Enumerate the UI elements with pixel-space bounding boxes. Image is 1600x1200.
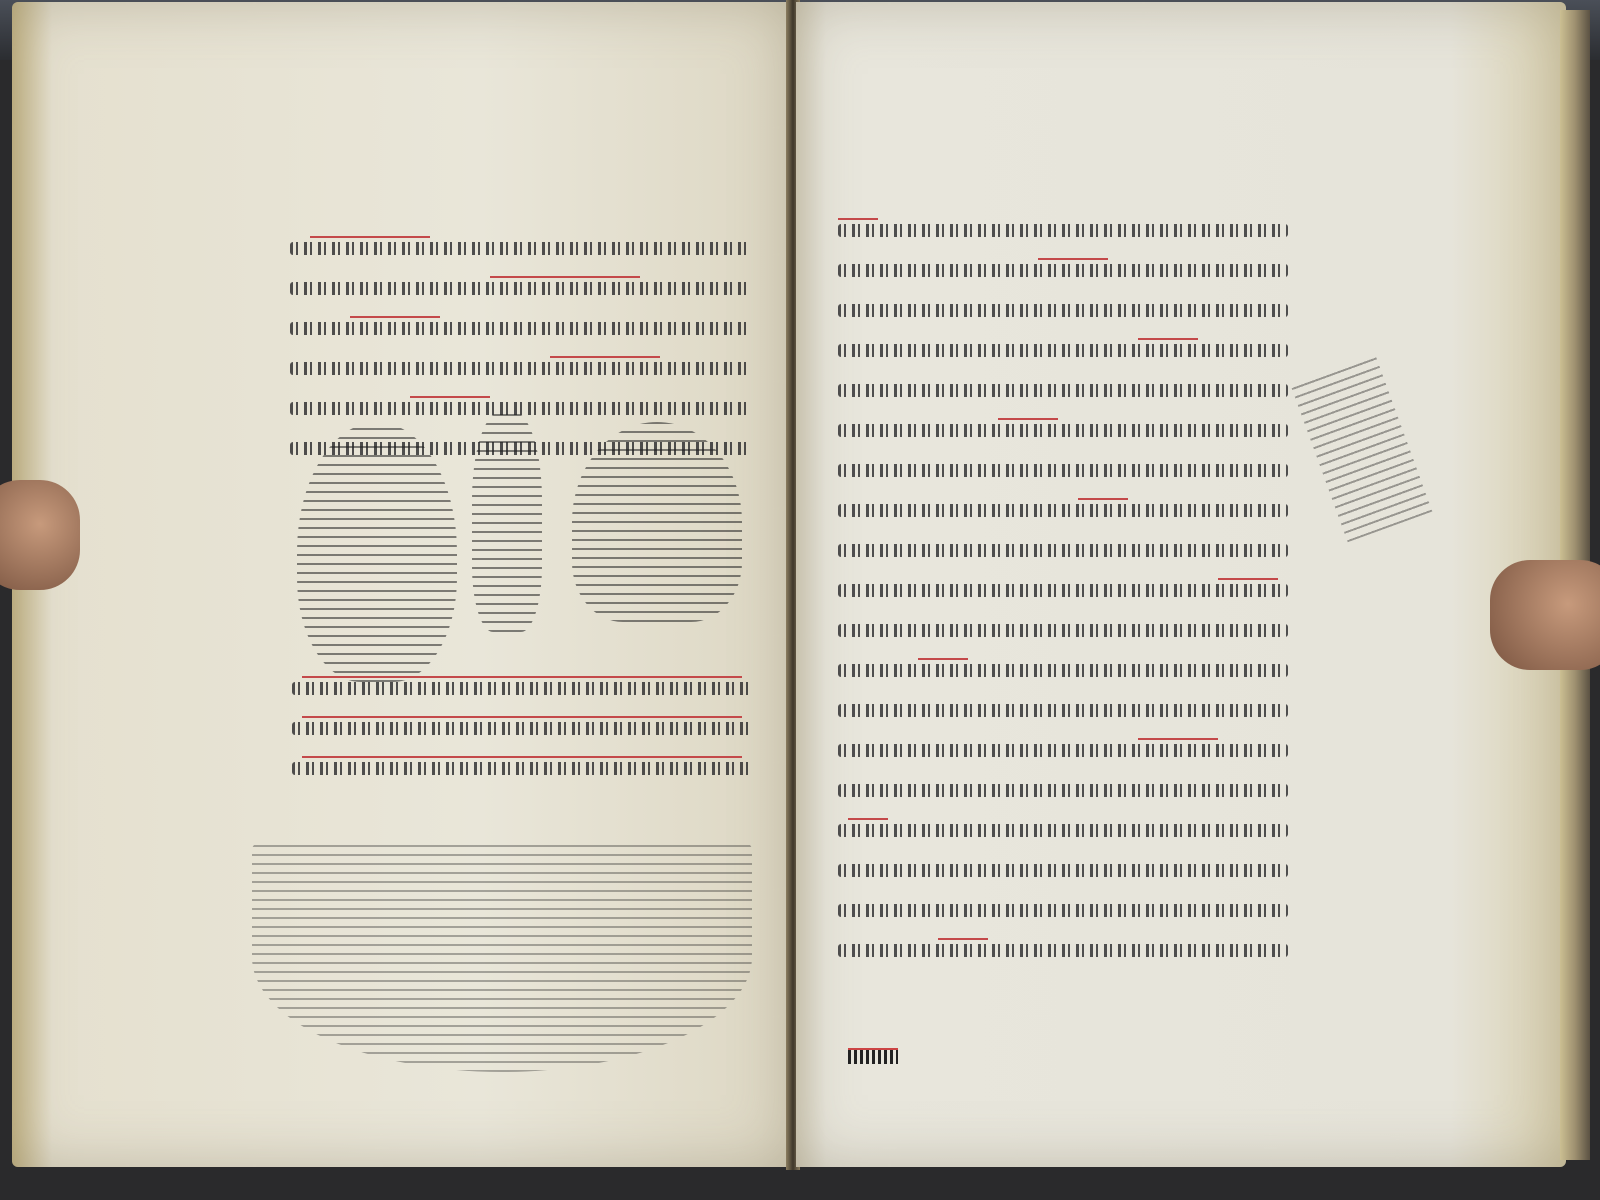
- left-page: [12, 2, 792, 1167]
- right-body: [838, 224, 1288, 984]
- left-thumb: [0, 480, 80, 590]
- marginal-notes: [252, 842, 752, 1072]
- left-colophon: [292, 682, 752, 802]
- right-thumb: [1490, 560, 1600, 670]
- calligram-shape-right: [572, 422, 742, 622]
- right-margin-annotation: [1290, 352, 1433, 543]
- manuscript: [0, 0, 1600, 1180]
- right-page: [796, 2, 1566, 1167]
- calligram-shape-left: [297, 422, 457, 682]
- calligram-shape-center: [472, 412, 542, 632]
- signature: [848, 1048, 898, 1064]
